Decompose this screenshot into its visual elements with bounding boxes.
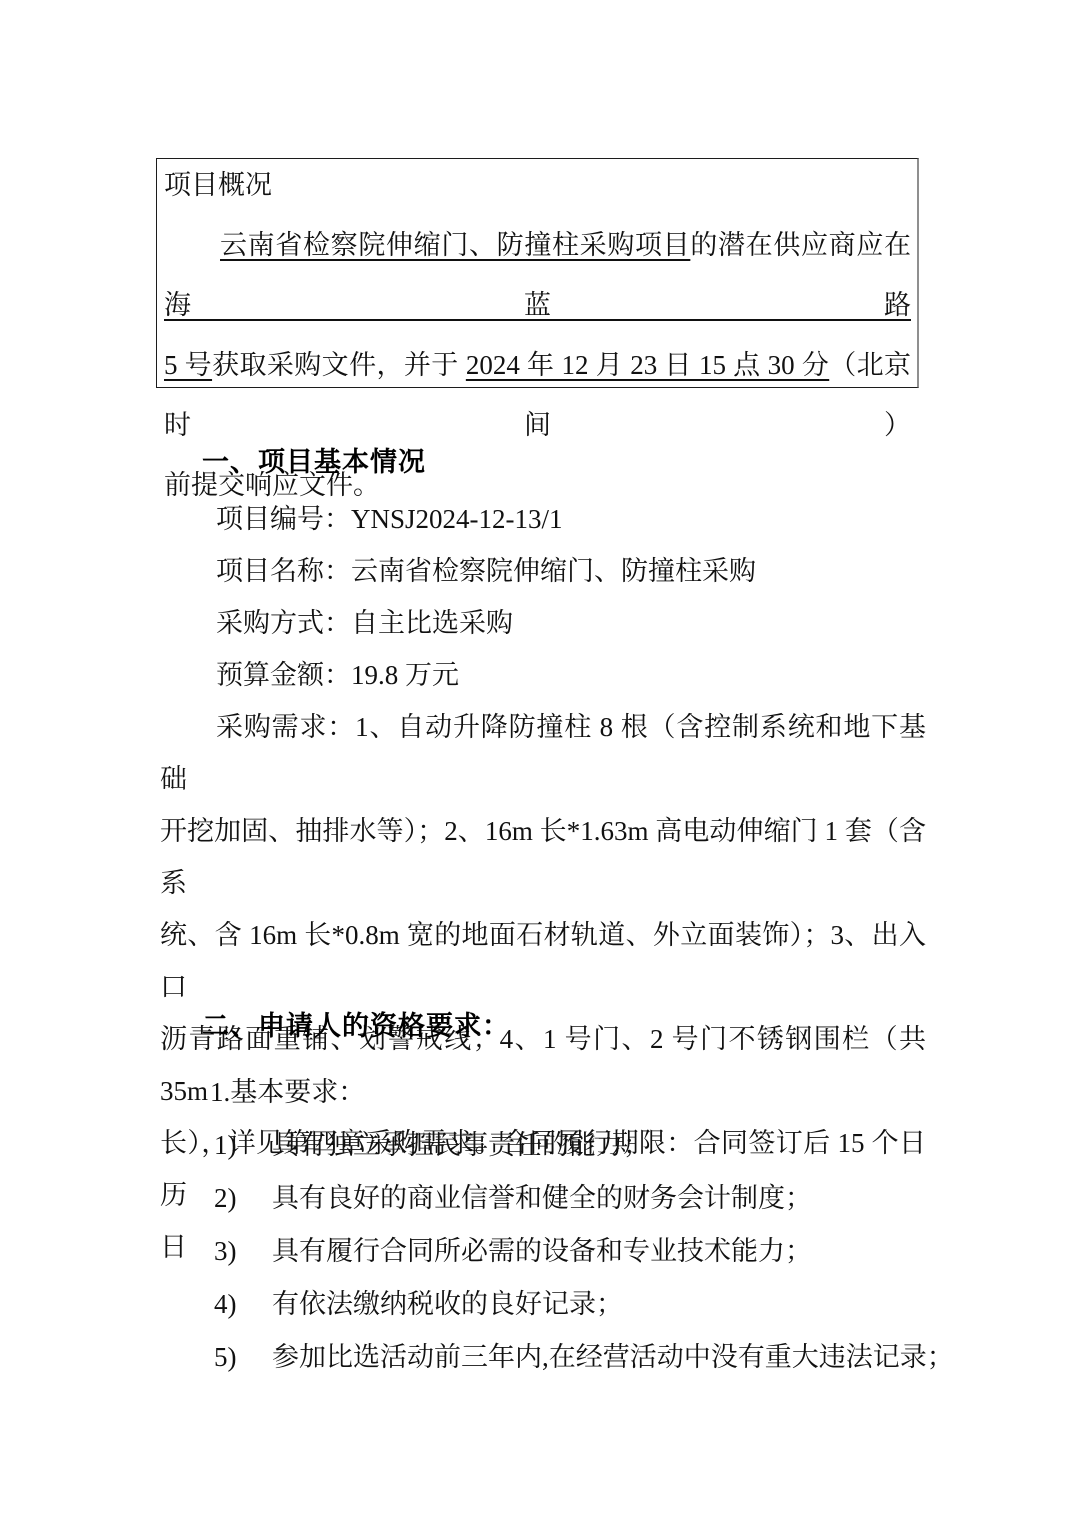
field-row-procurement-method: 采购方式：自主比选采购: [160, 597, 926, 649]
overview-line1-text: 的潜在供应商应在: [690, 230, 911, 260]
section1-heading: 一、项目基本情况: [202, 444, 426, 480]
project-fields: 项目编号：YNSJ2024-12-13/1 项目名称：云南省检察院伸缩门、防撞柱…: [160, 493, 926, 701]
overview-box: 项目概况 云南省检察院伸缩门、防撞柱采购项目的潜在供应商应在海蓝路 5 号获取采…: [156, 158, 919, 388]
field-value: 自主比选采购: [351, 608, 513, 638]
list-item-text: 参加比选活动前三年内,在经营活动中没有重大违法记录；: [272, 1342, 954, 1372]
field-value: 云南省检察院伸缩门、防撞柱采购: [351, 556, 756, 586]
field-value: 19.8 万元: [351, 660, 459, 690]
list-item-number: 5): [214, 1331, 272, 1384]
section2-heading: 二、申请人的资格要求：: [202, 1008, 510, 1044]
underlined-project-name: 云南省检察院伸缩门、防撞柱采购项目: [220, 230, 690, 260]
field-value: YNSJ2024-12-13/1: [351, 504, 563, 534]
underlined-address-part1: 海蓝路: [164, 290, 911, 320]
list-item-number: 2): [214, 1172, 272, 1225]
list-item-text: 具有履行合同所必需的设备和专业技术能力；: [272, 1236, 812, 1266]
list-item: 3)具有履行合同所必需的设备和专业技术能力；: [214, 1225, 926, 1278]
field-row-project-name: 项目名称：云南省检察院伸缩门、防撞柱采购: [160, 545, 926, 597]
list-item-number: 4): [214, 1278, 272, 1331]
demand-line: 开挖加固、抽排水等）；2、16m 长*1.63m 高电动伸缩门 1 套（含系: [160, 805, 926, 909]
field-label: 预算金额：: [216, 660, 351, 690]
basic-requirements-subheading: 1.基本要求：: [160, 1066, 926, 1118]
list-item: 1)具有独立承担民事责任的能力；: [214, 1119, 926, 1172]
list-item-text: 具有独立承担民事责任的能力；: [272, 1130, 650, 1160]
overview-line-2: 5 号获取采购文件，并于 2024 年 12 月 23 日 15 点 30 分（…: [164, 335, 911, 455]
overview-line-1: 云南省检察院伸缩门、防撞柱采购项目的潜在供应商应在海蓝路: [164, 215, 911, 335]
list-item-text: 有依法缴纳税收的良好记录；: [272, 1289, 623, 1319]
underlined-address-part2: 5 号: [164, 350, 212, 380]
list-item-text: 具有良好的商业信誉和健全的财务会计制度；: [272, 1183, 812, 1213]
underlined-deadline: 2024 年 12 月 23 日 15 点 30 分: [466, 350, 829, 380]
demand-line: 采购需求：1、自动升降防撞柱 8 根（含控制系统和地下基础: [160, 701, 926, 805]
overview-box-title: 项目概况: [164, 169, 911, 201]
list-item: 5)参加比选活动前三年内,在经营活动中没有重大违法记录；: [214, 1331, 926, 1384]
field-label: 项目编号：: [216, 504, 351, 534]
field-row-project-number: 项目编号：YNSJ2024-12-13/1: [160, 493, 926, 545]
demand-line: 统、含 16m 长*0.8m 宽的地面石材轨道、外立面装饰）；3、出入口: [160, 909, 926, 1013]
list-item-number: 3): [214, 1225, 272, 1278]
list-item: 2)具有良好的商业信誉和健全的财务会计制度；: [214, 1172, 926, 1225]
overview-line2-text: 获取采购文件，并于: [212, 350, 466, 380]
requirements-list: 1)具有独立承担民事责任的能力； 2)具有良好的商业信誉和健全的财务会计制度； …: [160, 1119, 926, 1384]
document-page: 项目概况 云南省检察院伸缩门、防撞柱采购项目的潜在供应商应在海蓝路 5 号获取采…: [0, 0, 1074, 1520]
field-label: 项目名称：: [216, 556, 351, 586]
list-item-number: 1): [214, 1119, 272, 1172]
field-row-budget: 预算金额：19.8 万元: [160, 649, 926, 701]
field-label: 采购方式：: [216, 608, 351, 638]
list-item: 4)有依法缴纳税收的良好记录；: [214, 1278, 926, 1331]
